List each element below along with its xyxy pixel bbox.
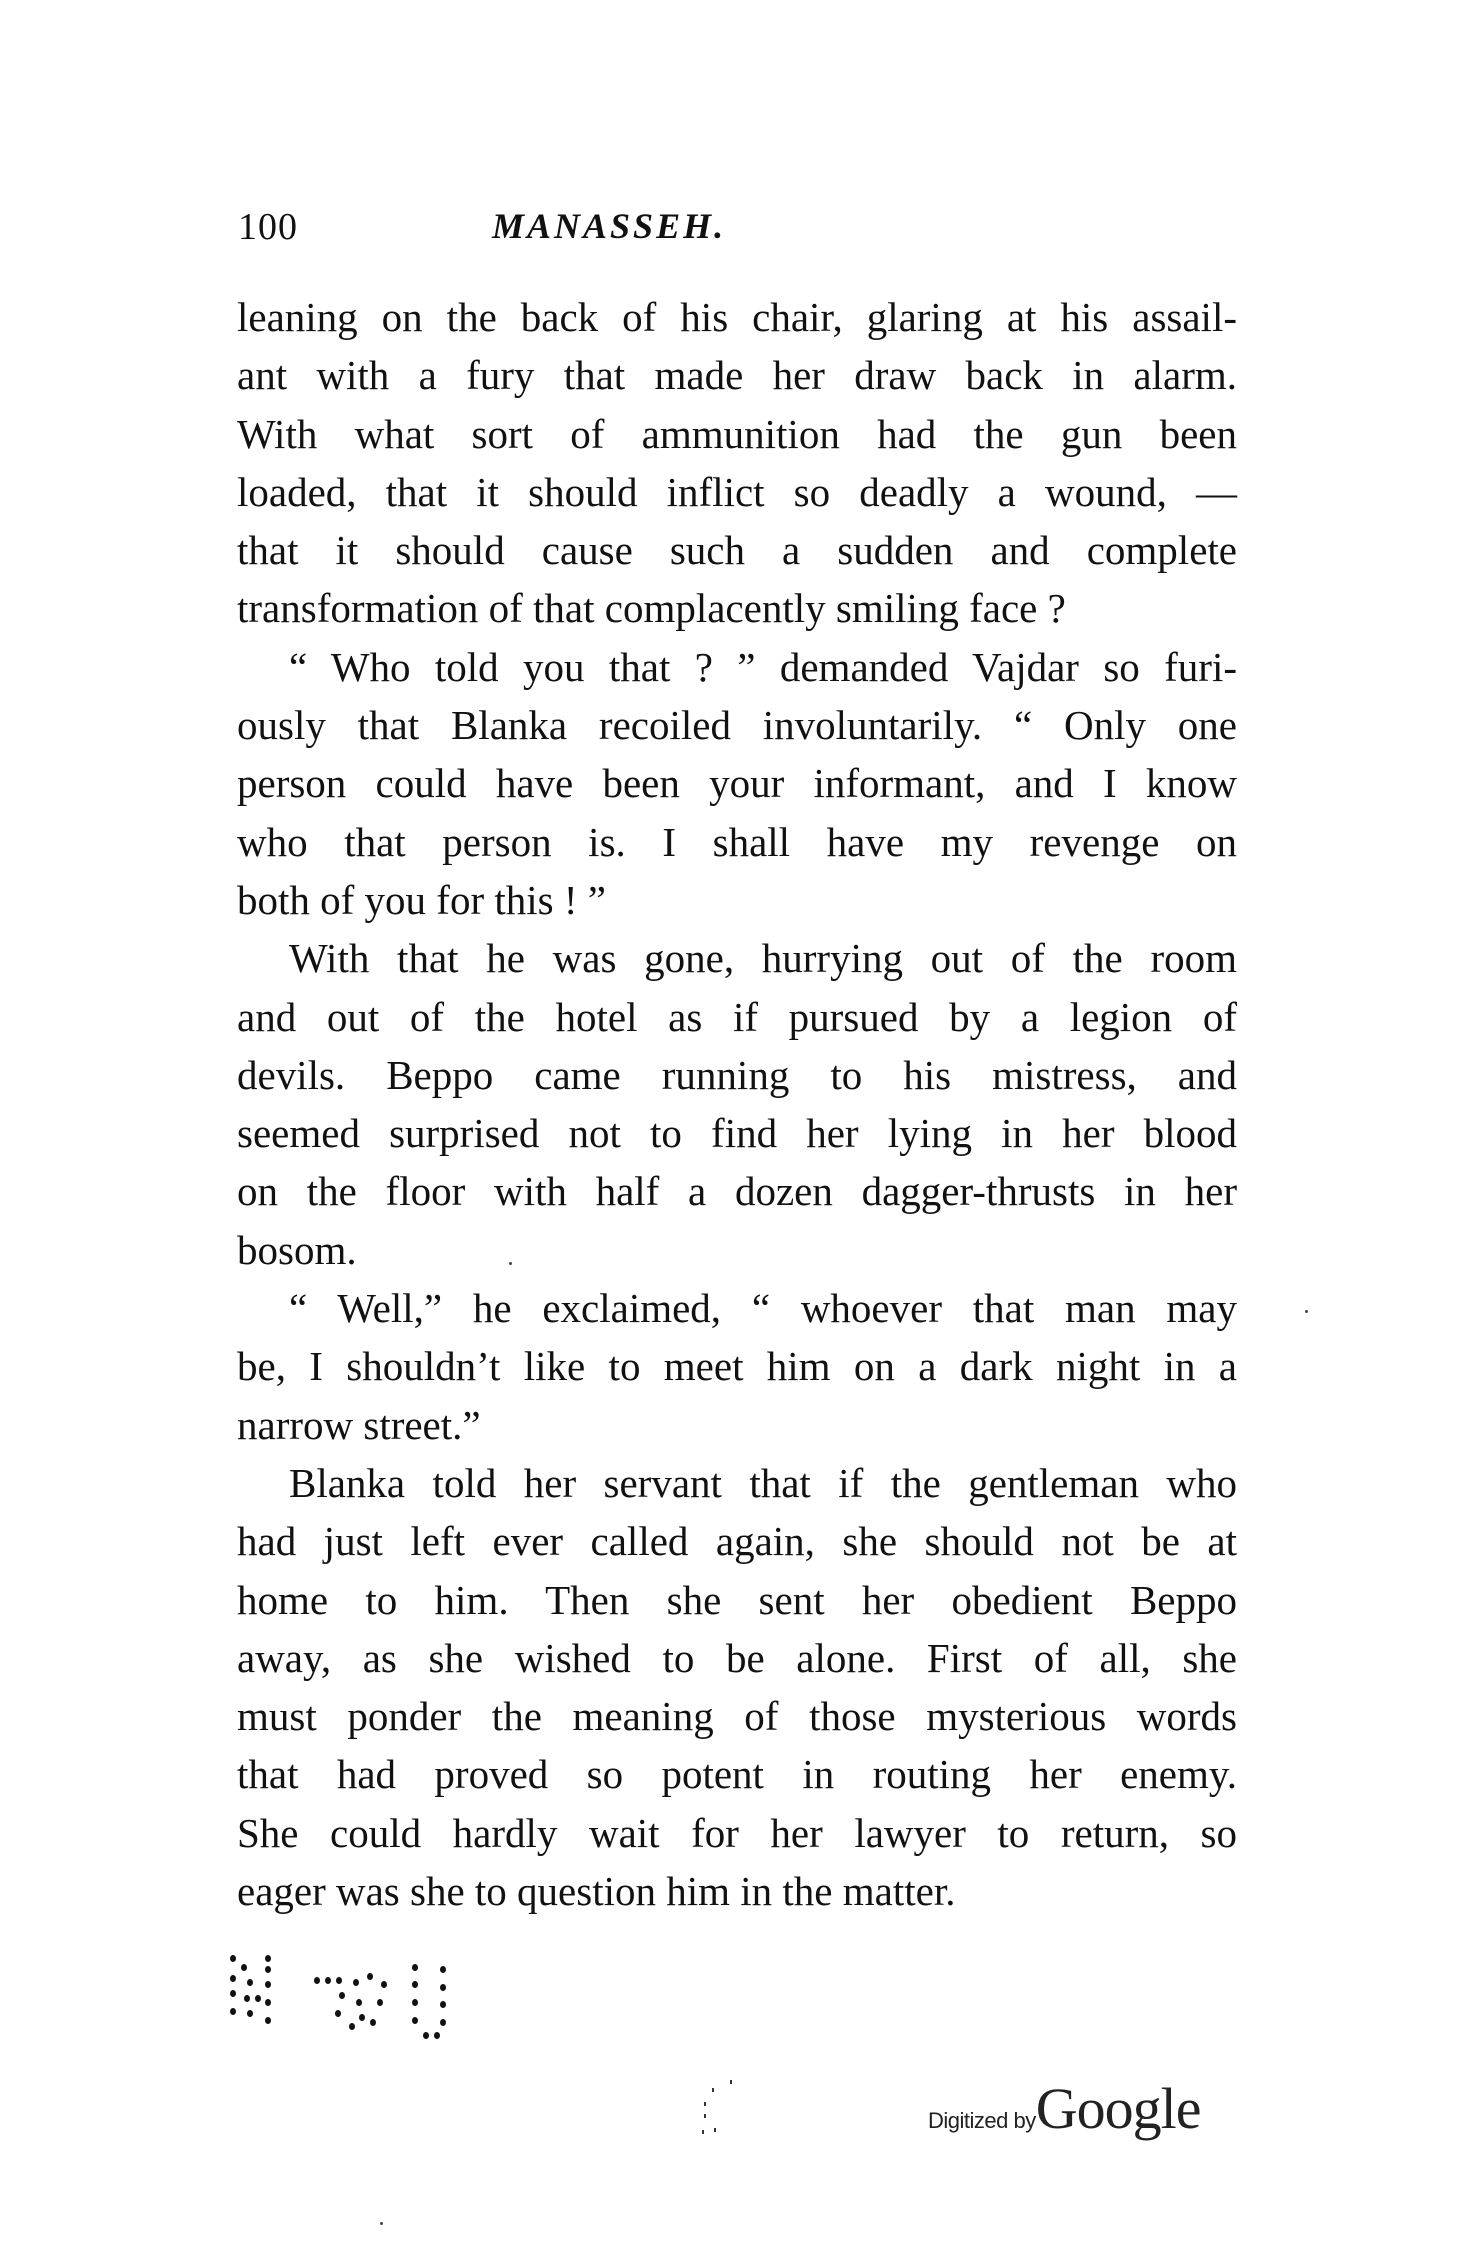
watermark-digitized-by: Digitized by xyxy=(928,2108,1036,2133)
text-line: seemed surprised not to find her lying i… xyxy=(237,1104,1237,1162)
text-line: bosom. xyxy=(237,1221,1237,1279)
text-line: With what sort of ammunition had the gun… xyxy=(237,405,1237,463)
scan-specks xyxy=(700,2080,740,2140)
text-line: person could have been your informant, a… xyxy=(237,754,1237,812)
text-line: home to him. Then she sent her obedient … xyxy=(237,1571,1237,1629)
text-line: With that he was gone, hurrying out of t… xyxy=(237,929,1237,987)
dotted-stamp-ornament xyxy=(230,1955,490,2035)
scan-speck xyxy=(380,2222,383,2225)
text-line: and out of the hotel as if pursued by a … xyxy=(237,988,1237,1046)
text-line: ant with a fury that made her draw back … xyxy=(237,346,1237,404)
text-line: ously that Blanka recoiled involuntarily… xyxy=(237,696,1237,754)
text-line: loaded, that it should inflict so deadly… xyxy=(237,463,1237,521)
text-line: Blanka told her servant that if the gent… xyxy=(237,1454,1237,1512)
text-line: narrow street.” xyxy=(237,1396,1237,1454)
watermark-google: Google xyxy=(1036,2076,1201,2141)
text-line: eager was she to question him in the mat… xyxy=(237,1862,1237,1920)
text-line: leaning on the back of his chair, glarin… xyxy=(237,288,1237,346)
page-number: 100 xyxy=(238,205,298,249)
text-line: transformation of that complacently smil… xyxy=(237,579,1237,637)
text-line: that had proved so potent in routing her… xyxy=(237,1745,1237,1803)
text-line: both of you for this ! ” xyxy=(237,871,1237,929)
text-line: away, as she wished to be alone. First o… xyxy=(237,1629,1237,1687)
text-line: “ Well,” he exclaimed, “ whoever that ma… xyxy=(237,1279,1237,1337)
google-watermark: Digitized byGoogle xyxy=(928,2075,1200,2142)
text-line: devils. Beppo came running to his mistre… xyxy=(237,1046,1237,1104)
text-line: who that person is. I shall have my reve… xyxy=(237,813,1237,871)
text-line: on the floor with half a dozen dagger-th… xyxy=(237,1162,1237,1220)
text-line: that it should cause such a sudden and c… xyxy=(237,521,1237,579)
text-line: “ Who told you that ? ” demanded Vajdar … xyxy=(237,638,1237,696)
text-line: must ponder the meaning of those mysteri… xyxy=(237,1687,1237,1745)
text-line: had just left ever called again, she sho… xyxy=(237,1512,1237,1570)
running-title: MANASSEH. xyxy=(492,205,726,247)
scan-speck xyxy=(1305,1310,1308,1313)
body-text: leaning on the back of his chair, glarin… xyxy=(237,288,1237,1920)
text-line: She could hardly wait for her lawyer to … xyxy=(237,1804,1237,1862)
scan-speck xyxy=(509,1262,512,1265)
text-line: be, I shouldn’t like to meet him on a da… xyxy=(237,1337,1237,1395)
